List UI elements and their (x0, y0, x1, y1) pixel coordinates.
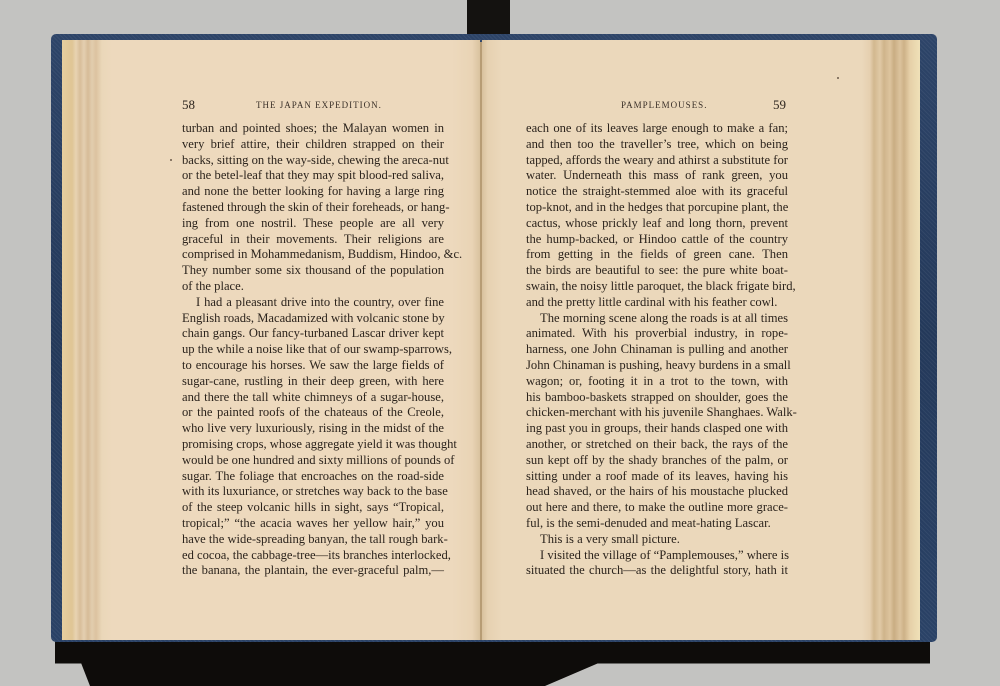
text-line: John Chinaman is pushing, heavy burdens … (526, 358, 788, 374)
text-line: The morning scene along the roads is at … (526, 311, 788, 327)
text-line: They number some six thousand of the pop… (182, 263, 444, 279)
text-line: have the wide-spreading banyan, the tall… (182, 532, 444, 548)
text-line: ful, is the semi-denuded and meat-hating… (526, 516, 788, 532)
text-line: would be one hundred and sixty millions … (182, 453, 444, 469)
text-line: water. Underneath this mass of rank gree… (526, 168, 788, 184)
text-line: and none the better looking for having a… (182, 184, 444, 200)
text-line: or the betel-leaf that they may spit blo… (182, 168, 444, 184)
text-line: from getting in the fields of green cane… (526, 247, 788, 263)
book-shadow (55, 636, 930, 686)
text-line: the birds are beautiful to see: the pure… (526, 263, 788, 279)
text-line: each one of its leaves large enough to m… (526, 121, 788, 137)
text-line: sugar-cane, rustling in their deep green… (182, 374, 444, 390)
text-line: or the painted roofs of the chateaus of … (182, 405, 444, 421)
text-line: another, or stretched on their back, the… (526, 437, 788, 453)
text-line: I had a pleasant drive into the country,… (182, 295, 444, 311)
right-running-head: PAMPLEMOUSES. (621, 100, 707, 110)
text-line: situated the church—as the delightful st… (526, 563, 788, 579)
text-line: wagon; or, footing it in a trot to the t… (526, 374, 788, 390)
text-line: This is a very small picture. (526, 532, 788, 548)
text-line: promising crops, whose aggregate yield i… (182, 437, 444, 453)
text-line: and there the tall white chimneys of a s… (182, 390, 444, 406)
text-line: fastened through the skin of their foreh… (182, 200, 444, 216)
text-line: turban and pointed shoes; the Malayan wo… (182, 121, 444, 137)
text-line: comprised in Mohammedanism, Buddism, Hin… (182, 247, 444, 263)
left-page-number: 58 (182, 97, 195, 113)
text-line: chain gangs. Our fancy-turbaned Lascar d… (182, 326, 444, 342)
text-line: of the steep volcanic hills in sight, sa… (182, 500, 444, 516)
text-line: with its luxuriance, or stretches way ba… (182, 484, 444, 500)
text-line: animated. With his proverbial industry, … (526, 326, 788, 342)
text-line: and then too the traveller’s tree, which… (526, 137, 788, 153)
text-line: harness, one John Chinaman is pulling an… (526, 342, 788, 358)
text-line: head shaved, or the hairs of his moustac… (526, 484, 788, 500)
text-line: very brief attire, their children strapp… (182, 137, 444, 153)
text-line: to encourage his horses. We saw the larg… (182, 358, 444, 374)
text-line: graceful in their movements. Their relig… (182, 232, 444, 248)
text-line: sun kept off by the shady branches of th… (526, 453, 788, 469)
text-line: English roads, Macadamized with volcanic… (182, 311, 444, 327)
left-page-body: turban and pointed shoes; the Malayan wo… (182, 121, 444, 579)
text-line: who live very luxuriously, rising in the… (182, 421, 444, 437)
text-line: sugar. The foliage that encroaches on th… (182, 469, 444, 485)
text-line: the banana, the plantain, the ever-grace… (182, 563, 444, 579)
text-line: of the place. (182, 279, 444, 295)
text-line: out here and there, to make the outline … (526, 500, 788, 516)
text-line: backs, sitting on the way-side, chewing … (182, 153, 444, 169)
text-line: and the pretty little cardinal with his … (526, 295, 788, 311)
text-line: top-knot, and in the hedges that porcupi… (526, 200, 788, 216)
book-gutter (480, 42, 482, 640)
text-line: sitting under a roof made of its leaves,… (526, 469, 788, 485)
text-line: his bamboo-baskets strapped on shoulder,… (526, 390, 788, 406)
text-line: ing from one nostril. These people are a… (182, 216, 444, 232)
margin-mark (837, 77, 839, 79)
text-line: tapped, affords the weary and athirst a … (526, 153, 788, 169)
text-line: the hump-backed, or Hindoo cattle of the… (526, 232, 788, 248)
text-line: ing past you in groups, their hands clas… (526, 421, 788, 437)
margin-mark (170, 159, 172, 161)
text-line: cactus, whose prickly leaf and long thor… (526, 216, 788, 232)
right-page-number: 59 (773, 97, 786, 113)
right-page-body: each one of its leaves large enough to m… (526, 121, 788, 579)
left-running-head: THE JAPAN EXPEDITION. (256, 100, 382, 110)
text-line: notice the straight-stemmed aloe with it… (526, 184, 788, 200)
text-line: tropical;” “the acacia waves her yellow … (182, 516, 444, 532)
text-line: ed cocoa, the cabbage-tree—its branches … (182, 548, 444, 564)
text-line: swain, the noisy little paroquet, the bl… (526, 279, 788, 295)
text-line: up the while a noise like that of our sw… (182, 342, 444, 358)
text-line: I visited the village of “Pamplemouses,”… (526, 548, 788, 564)
text-line: chicken-merchant with his juvenile Shang… (526, 405, 788, 421)
